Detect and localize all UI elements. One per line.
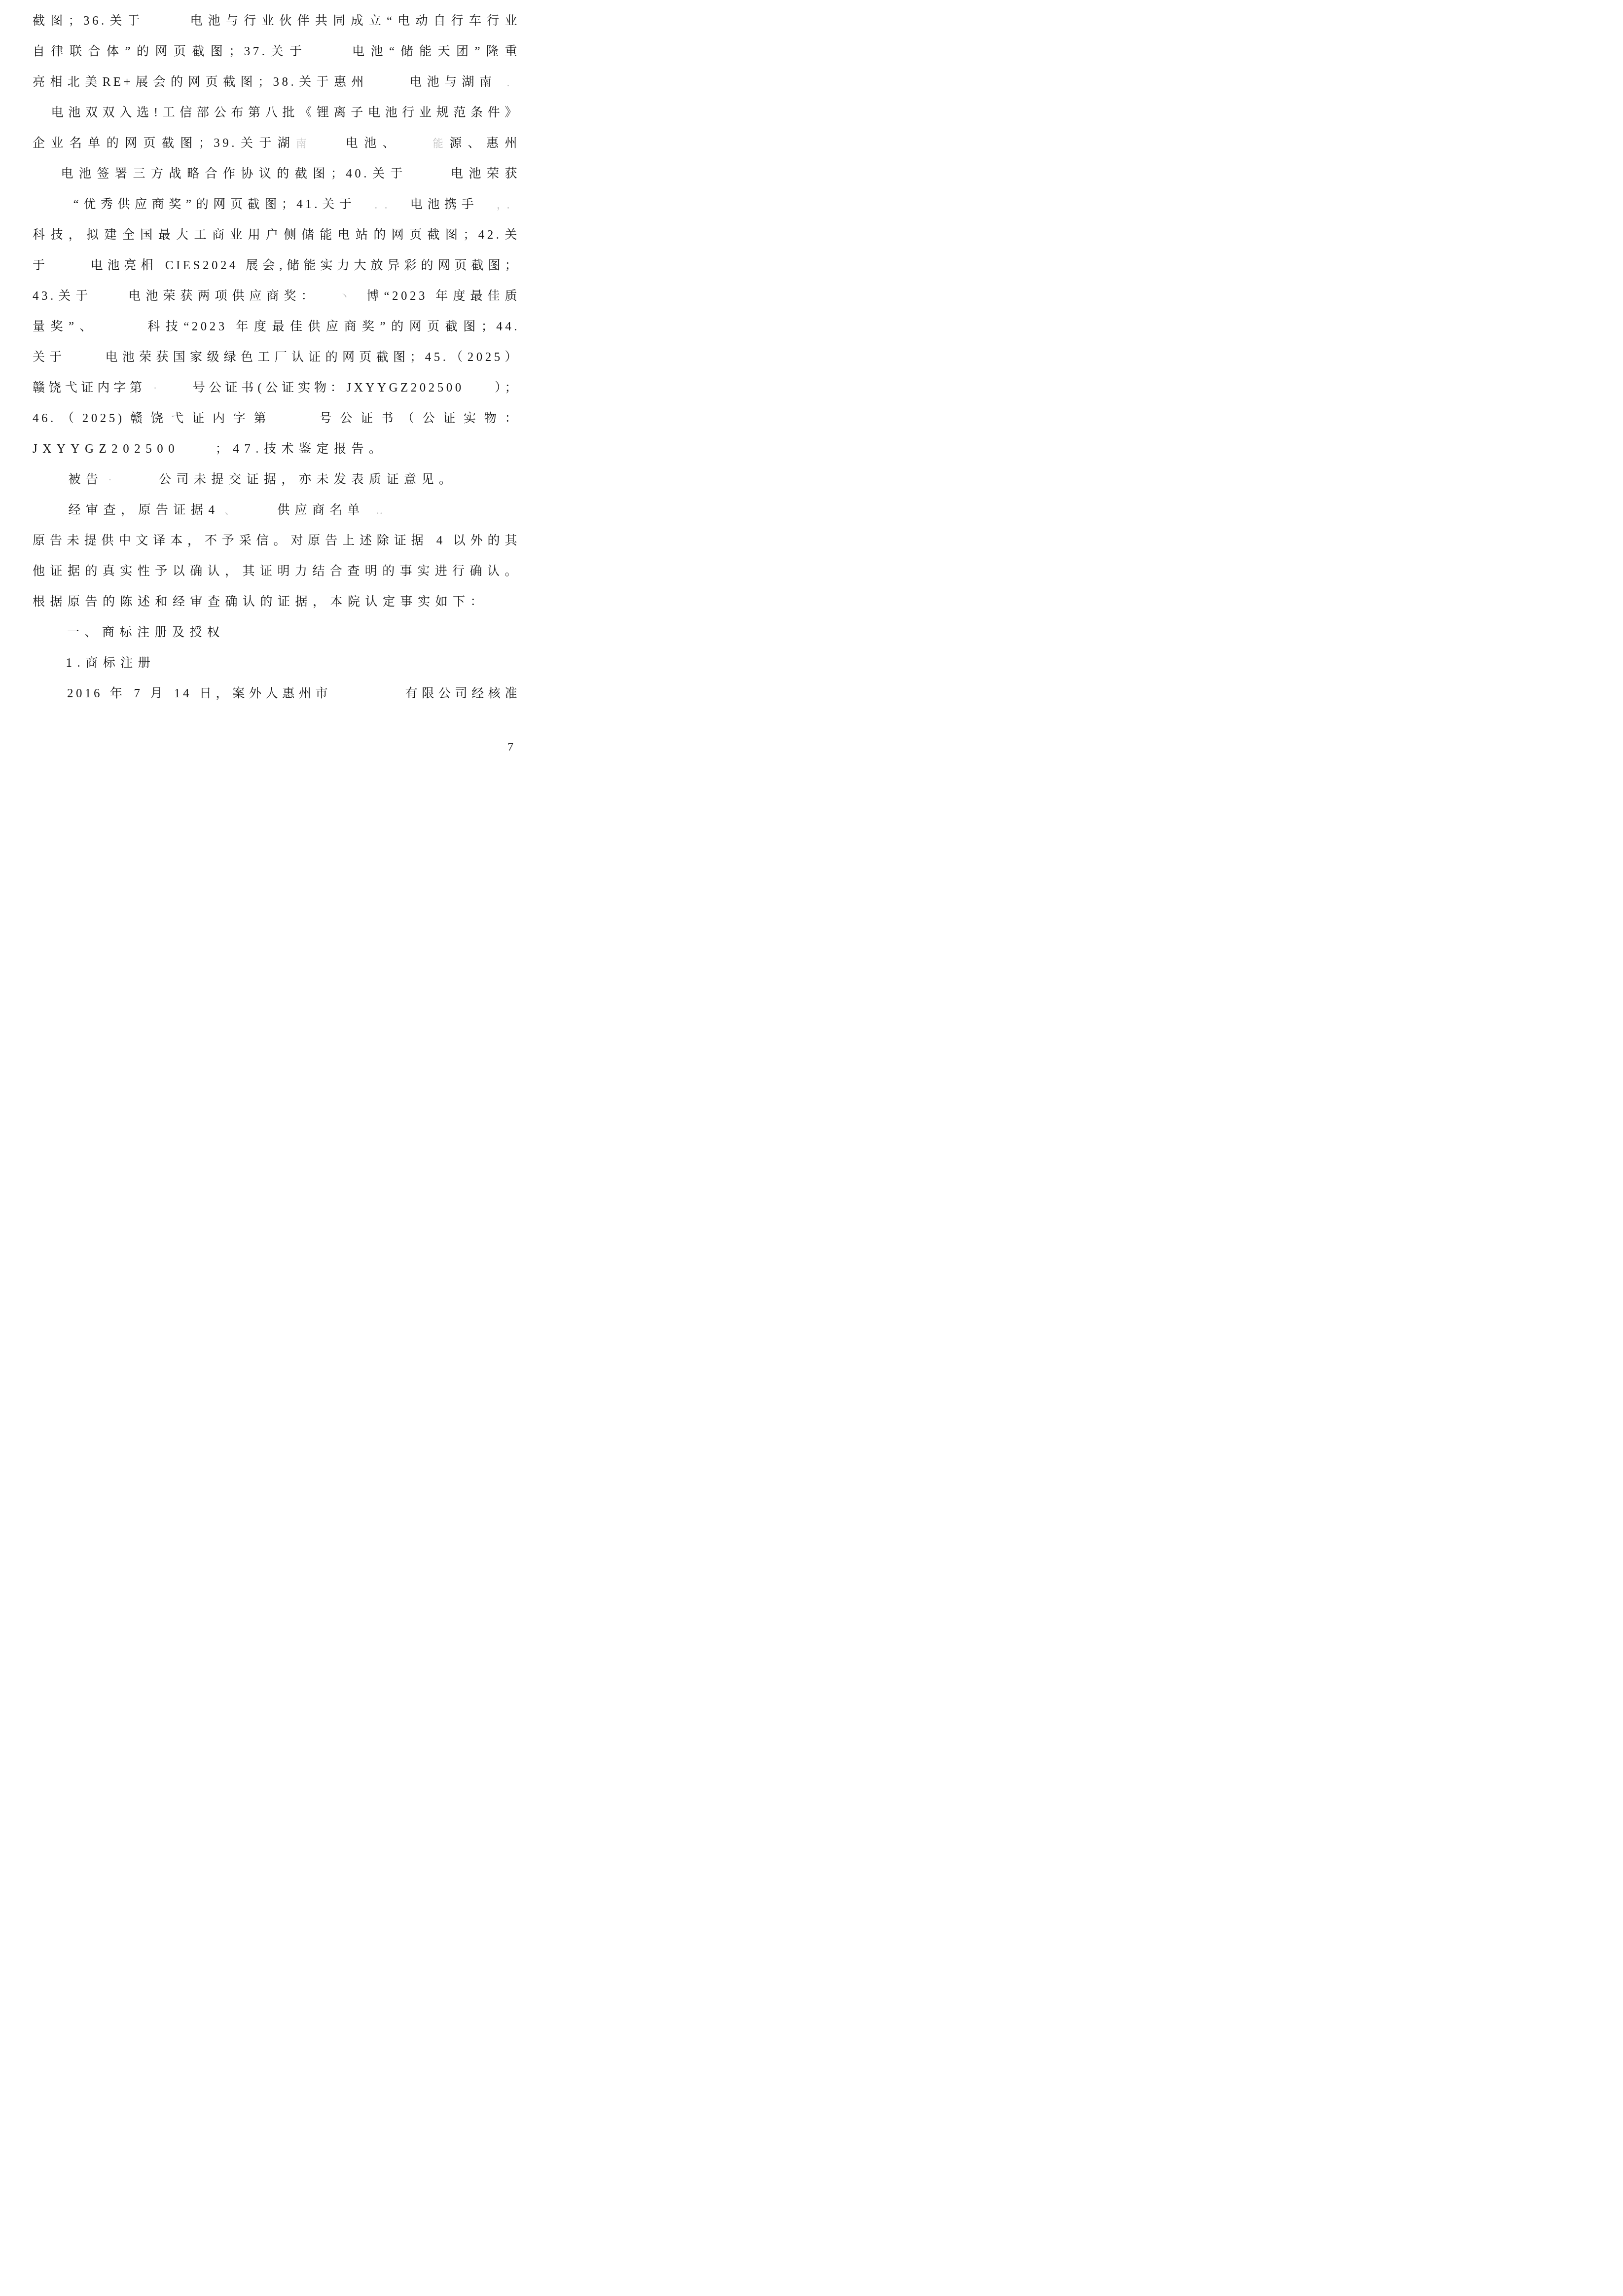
text-segment: ；47.技术鉴定报告。 [216, 442, 387, 456]
ghost-mark: 南 [296, 138, 313, 149]
text-line: 46.（2025)赣饶弋证内字第号公证书（公证实物： [33, 403, 520, 434]
redacted-gap [478, 207, 495, 208]
text-segment: 原告未提供中文译本，不予采信。对原告上述除证据 4 以外的其 [33, 534, 520, 547]
text-segment: “优秀供应商奖”的网页截图；41.关于 [73, 198, 357, 211]
ghost-mark: ，． [495, 199, 520, 211]
redacted-gap [93, 299, 126, 300]
text-segment: 截图；36.关于 [33, 14, 145, 28]
text-line: 1.商标注册 [33, 648, 520, 679]
redacted-gap [240, 513, 277, 514]
text-segment: 供应商名单 [277, 503, 365, 517]
text-segment: 2016 年 7 月 14 日，案外人惠州市 [67, 687, 332, 700]
ghost-mark: 、 [225, 504, 241, 516]
text-segment: 电池亮相 CIES2024 展会,储能实力大放异彩的网页截图； [89, 259, 520, 272]
text-segment: 科技，拟建全国最大工商业用户侧储能电站的网页截图；42.关 [33, 228, 520, 242]
redacted-gap [401, 146, 430, 147]
ghost-mark: · [153, 382, 160, 394]
text-segment: 电池、 [342, 137, 401, 150]
text-line: 亮相北美RE+展会的网页截图；38.关于惠州电池与湖南． [33, 67, 520, 98]
text-segment: 一、商标注册及授权 [67, 626, 225, 639]
redacted-gap [159, 391, 191, 392]
redacted-gap [332, 696, 403, 697]
text-segment: 电池携手 [408, 198, 479, 211]
text-segment: 43.关于 [33, 289, 93, 303]
redacted-gap [104, 482, 108, 483]
ghost-mark: · [108, 474, 117, 486]
text-segment: 电池与湖南 [407, 75, 497, 89]
scanned-court-document-page: 截图；36.关于电池与行业伙伴共同成立“电动自行车行业自律联合体”的网页截图；3… [0, 0, 541, 765]
text-segment: 号公证书（公证实物： [314, 412, 520, 425]
redacted-gap [356, 207, 372, 208]
redacted-gap [98, 329, 144, 330]
redacted-gap [220, 513, 225, 514]
redacted-gap [464, 391, 494, 392]
text-segment: 量奖”、 [33, 320, 98, 333]
text-line: 经审查，原告证据4、供应商名单‥ [33, 495, 520, 526]
text-segment: 电池荣获 [448, 167, 520, 180]
redacted-gap [146, 391, 153, 392]
redacted-gap [355, 299, 364, 300]
text-line: 被告·公司未提交证据，亦未发表质证意见。 [33, 465, 520, 495]
text-line: 一、商标注册及授权 [33, 617, 520, 648]
text-segment: 电池签署三方战略合作协议的截图；40.关于 [61, 167, 409, 180]
text-segment: 博“2023 年度最佳质 [364, 289, 520, 303]
text-line: 自律联合体”的网页截图；37.关于电池“储能天团”隆重 [33, 36, 520, 67]
page-number: 7 [507, 740, 513, 754]
text-segment: 号公证书(公证实物：JXYYGZ202500 [191, 381, 464, 395]
text-segment: 他证据的真实性予以确认，其证明力结合查明的事实进行确认。 [33, 565, 520, 578]
text-line: 量奖”、科技“2023 年度最佳供应商奖”的网页截图；44. [33, 312, 520, 342]
text-segment: 被告 [69, 473, 104, 486]
text-segment: ）； [494, 381, 520, 395]
text-segment: JXYYGZ202500 [33, 442, 180, 456]
text-segment: 电池荣获两项供应商奖： [126, 289, 319, 303]
text-segment: 电池与行业伙伴共同成立“电动自行车行业 [187, 14, 520, 28]
redacted-gap [117, 482, 159, 483]
redacted-gap [49, 268, 89, 269]
text-segment: 科技“2023 年度最佳供应商奖”的网页截图；44. [144, 320, 520, 333]
redacted-gap [313, 146, 342, 147]
ghost-mark: 丶 [337, 290, 355, 302]
text-segment: 源、惠州 [449, 137, 520, 150]
text-line: 他证据的真实性予以确认，其证明力结合查明的事实进行确认。 [33, 556, 520, 587]
redacted-gap [399, 207, 408, 208]
redacted-gap [180, 452, 216, 453]
text-segment: 根据原告的陈述和经审查确认的证据，本院认定事实如下： [33, 595, 488, 609]
ghost-mark: ‥ [376, 504, 388, 516]
text-line: 截图；36.关于电池与行业伙伴共同成立“电动自行车行业 [33, 6, 520, 36]
redacted-gap [67, 360, 104, 361]
text-line: 科技，拟建全国最大工商业用户侧储能电站的网页截图；42.关 [33, 220, 520, 251]
redacted-gap [369, 85, 407, 86]
ghost-mark: ． [504, 76, 520, 88]
text-line: 企业名单的网页截图；39.关于湖南电池、能源、惠州 [33, 128, 520, 159]
text-line: 43.关于电池荣获两项供应商奖：丶博“2023 年度最佳质 [33, 281, 520, 312]
text-line: 根据原告的陈述和经审查确认的证据，本院认定事实如下： [33, 587, 520, 617]
document-text-block: 截图；36.关于电池与行业伙伴共同成立“电动自行车行业自律联合体”的网页截图；3… [33, 6, 520, 709]
text-segment: 有限公司经核准 [403, 687, 520, 700]
redacted-gap [408, 177, 448, 178]
ghost-mark: 能 [430, 138, 450, 149]
text-line: 于电池亮相 CIES2024 展会,储能实力大放异彩的网页截图； [33, 251, 520, 281]
redacted-gap [145, 24, 187, 25]
text-segment: 电池双双入选!工信部公布第八批《锂离子电池行业规范条件》 [51, 106, 520, 119]
text-segment: 46.（2025)赣饶弋证内字第 [33, 412, 274, 425]
text-line: 原告未提供中文译本，不予采信。对原告上述除证据 4 以外的其 [33, 526, 520, 556]
text-segment: 自律联合体”的网页截图；37.关于 [33, 45, 308, 58]
text-segment: 经审查，原告证据4 [69, 503, 220, 517]
redacted-gap [365, 513, 376, 514]
text-segment: 1.商标注册 [66, 656, 156, 670]
redacted-gap [308, 54, 349, 55]
text-line: 2016 年 7 月 14 日，案外人惠州市有限公司经核准 [33, 679, 520, 709]
text-line: 电池签署三方战略合作协议的截图；40.关于电池荣获 [33, 159, 520, 189]
text-line: JXYYGZ202500；47.技术鉴定报告。 [33, 434, 520, 465]
text-segment: 电池荣获国家级绿色工厂认证的网页截图；45.（2025） [104, 351, 520, 364]
text-segment: 企业名单的网页截图；39.关于湖 [33, 137, 296, 150]
text-segment: 于 [33, 259, 49, 272]
text-segment: 公司未提交证据，亦未发表质证意见。 [159, 473, 457, 486]
text-segment: 赣饶弋证内字第 [33, 381, 146, 395]
text-line: 电池双双入选!工信部公布第八批《锂离子电池行业规范条件》 [33, 98, 520, 128]
redacted-gap [497, 85, 504, 86]
ghost-mark: ．． [372, 199, 399, 211]
text-segment: 电池“储能天团”隆重 [349, 45, 520, 58]
text-line: “优秀供应商奖”的网页截图；41.关于．．电池携手，． [33, 189, 520, 220]
redacted-gap [274, 421, 314, 422]
text-line: 关于电池荣获国家级绿色工厂认证的网页截图；45.（2025） [33, 342, 520, 373]
redacted-gap [319, 299, 337, 300]
text-segment: 关于 [33, 351, 67, 364]
text-line: 赣饶弋证内字第·号公证书(公证实物：JXYYGZ202500）； [33, 373, 520, 403]
text-segment: 亮相北美RE+展会的网页截图；38.关于惠州 [33, 75, 369, 89]
